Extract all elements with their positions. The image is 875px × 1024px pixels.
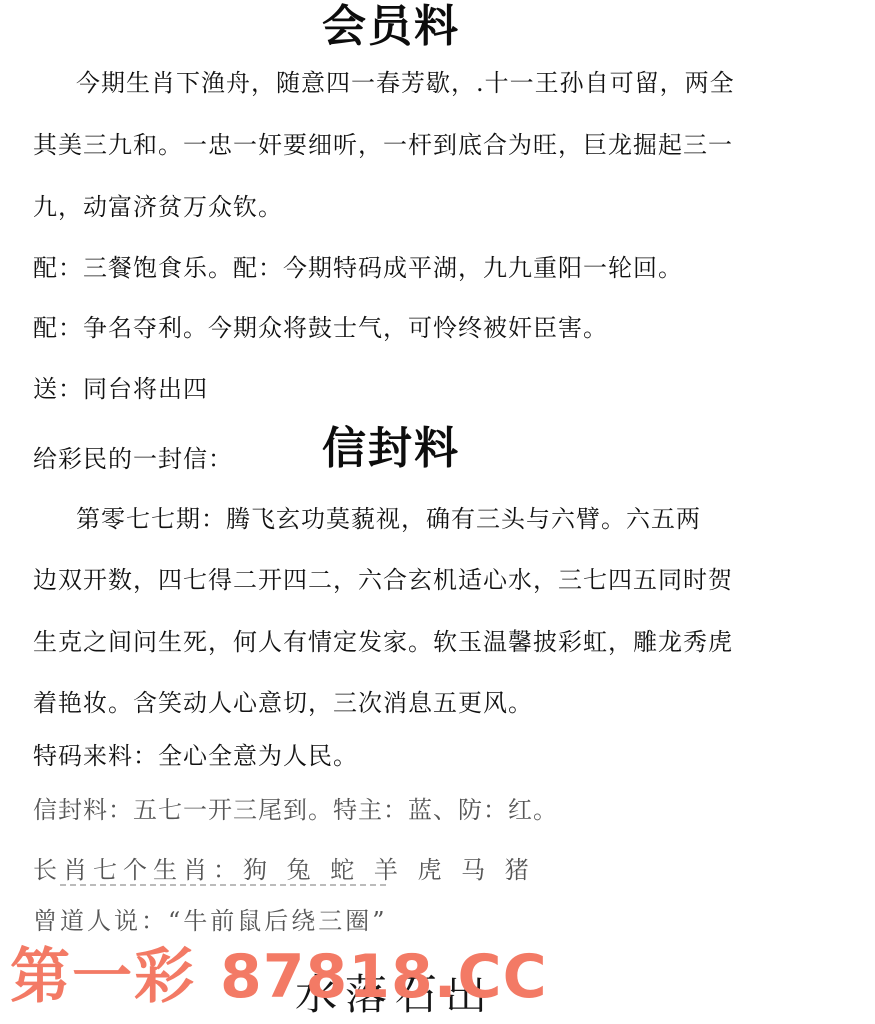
seven-zodiacs-line: 长肖七个生肖：狗 兔 蛇 羊 虎 马 猪 (33, 855, 535, 885)
pei-line-1: 配：三餐饱食乐。配：今期特码成平湖，九九重阳一轮回。 (33, 253, 683, 283)
pei-line-2: 配：争名夺利。今期众将鼓士气，可怜终被奸臣害。 (33, 313, 608, 343)
watermark: 第一彩87818.CC (10, 942, 548, 1012)
letter-text-line-3: 生克之间问生死，何人有情定发家。软玉温馨披彩虹，雕龙秀虎 (33, 627, 733, 657)
member-text-line-3: 九，动富济贫万众钦。 (33, 192, 283, 222)
scan-artifact-rule (60, 884, 390, 886)
letter-text-line-4: 着艳妆。含笑动人心意切，三次消息五更风。 (33, 688, 533, 718)
letter-section-title: 信封料 (322, 424, 460, 474)
saying-line: 曾道人说：“牛前鼠后绕三圈” (33, 906, 388, 936)
special-code-line: 特码来料：全心全意为人民。 (33, 741, 358, 771)
song-line: 送：同台将出四 (33, 374, 208, 404)
letter-text-line-1: 第零七七期：腾飞玄功莫藐视，确有三头与六臂。六五两 (76, 504, 701, 534)
watermark-brand: 第一彩 (10, 942, 196, 1012)
member-text-line-1: 今期生肖下渔舟，随意四一春芳歇，.十一王孙自可留，两全 (76, 68, 735, 98)
letter-label: 给彩民的一封信： (33, 444, 233, 474)
member-section-title: 会员料 (322, 2, 460, 52)
envelope-material-line: 信封料：五七一开三尾到。特主：蓝、防：红。 (33, 795, 558, 825)
member-text-line-2: 其美三九和。一忠一奸要细听，一杆到底合为旺，巨龙掘起三一 (33, 130, 733, 160)
watermark-url: 87818.CC (220, 942, 548, 1012)
letter-text-line-2: 边双开数，四七得二开四二，六合玄机适心水，三七四五同时贺 (33, 565, 733, 595)
